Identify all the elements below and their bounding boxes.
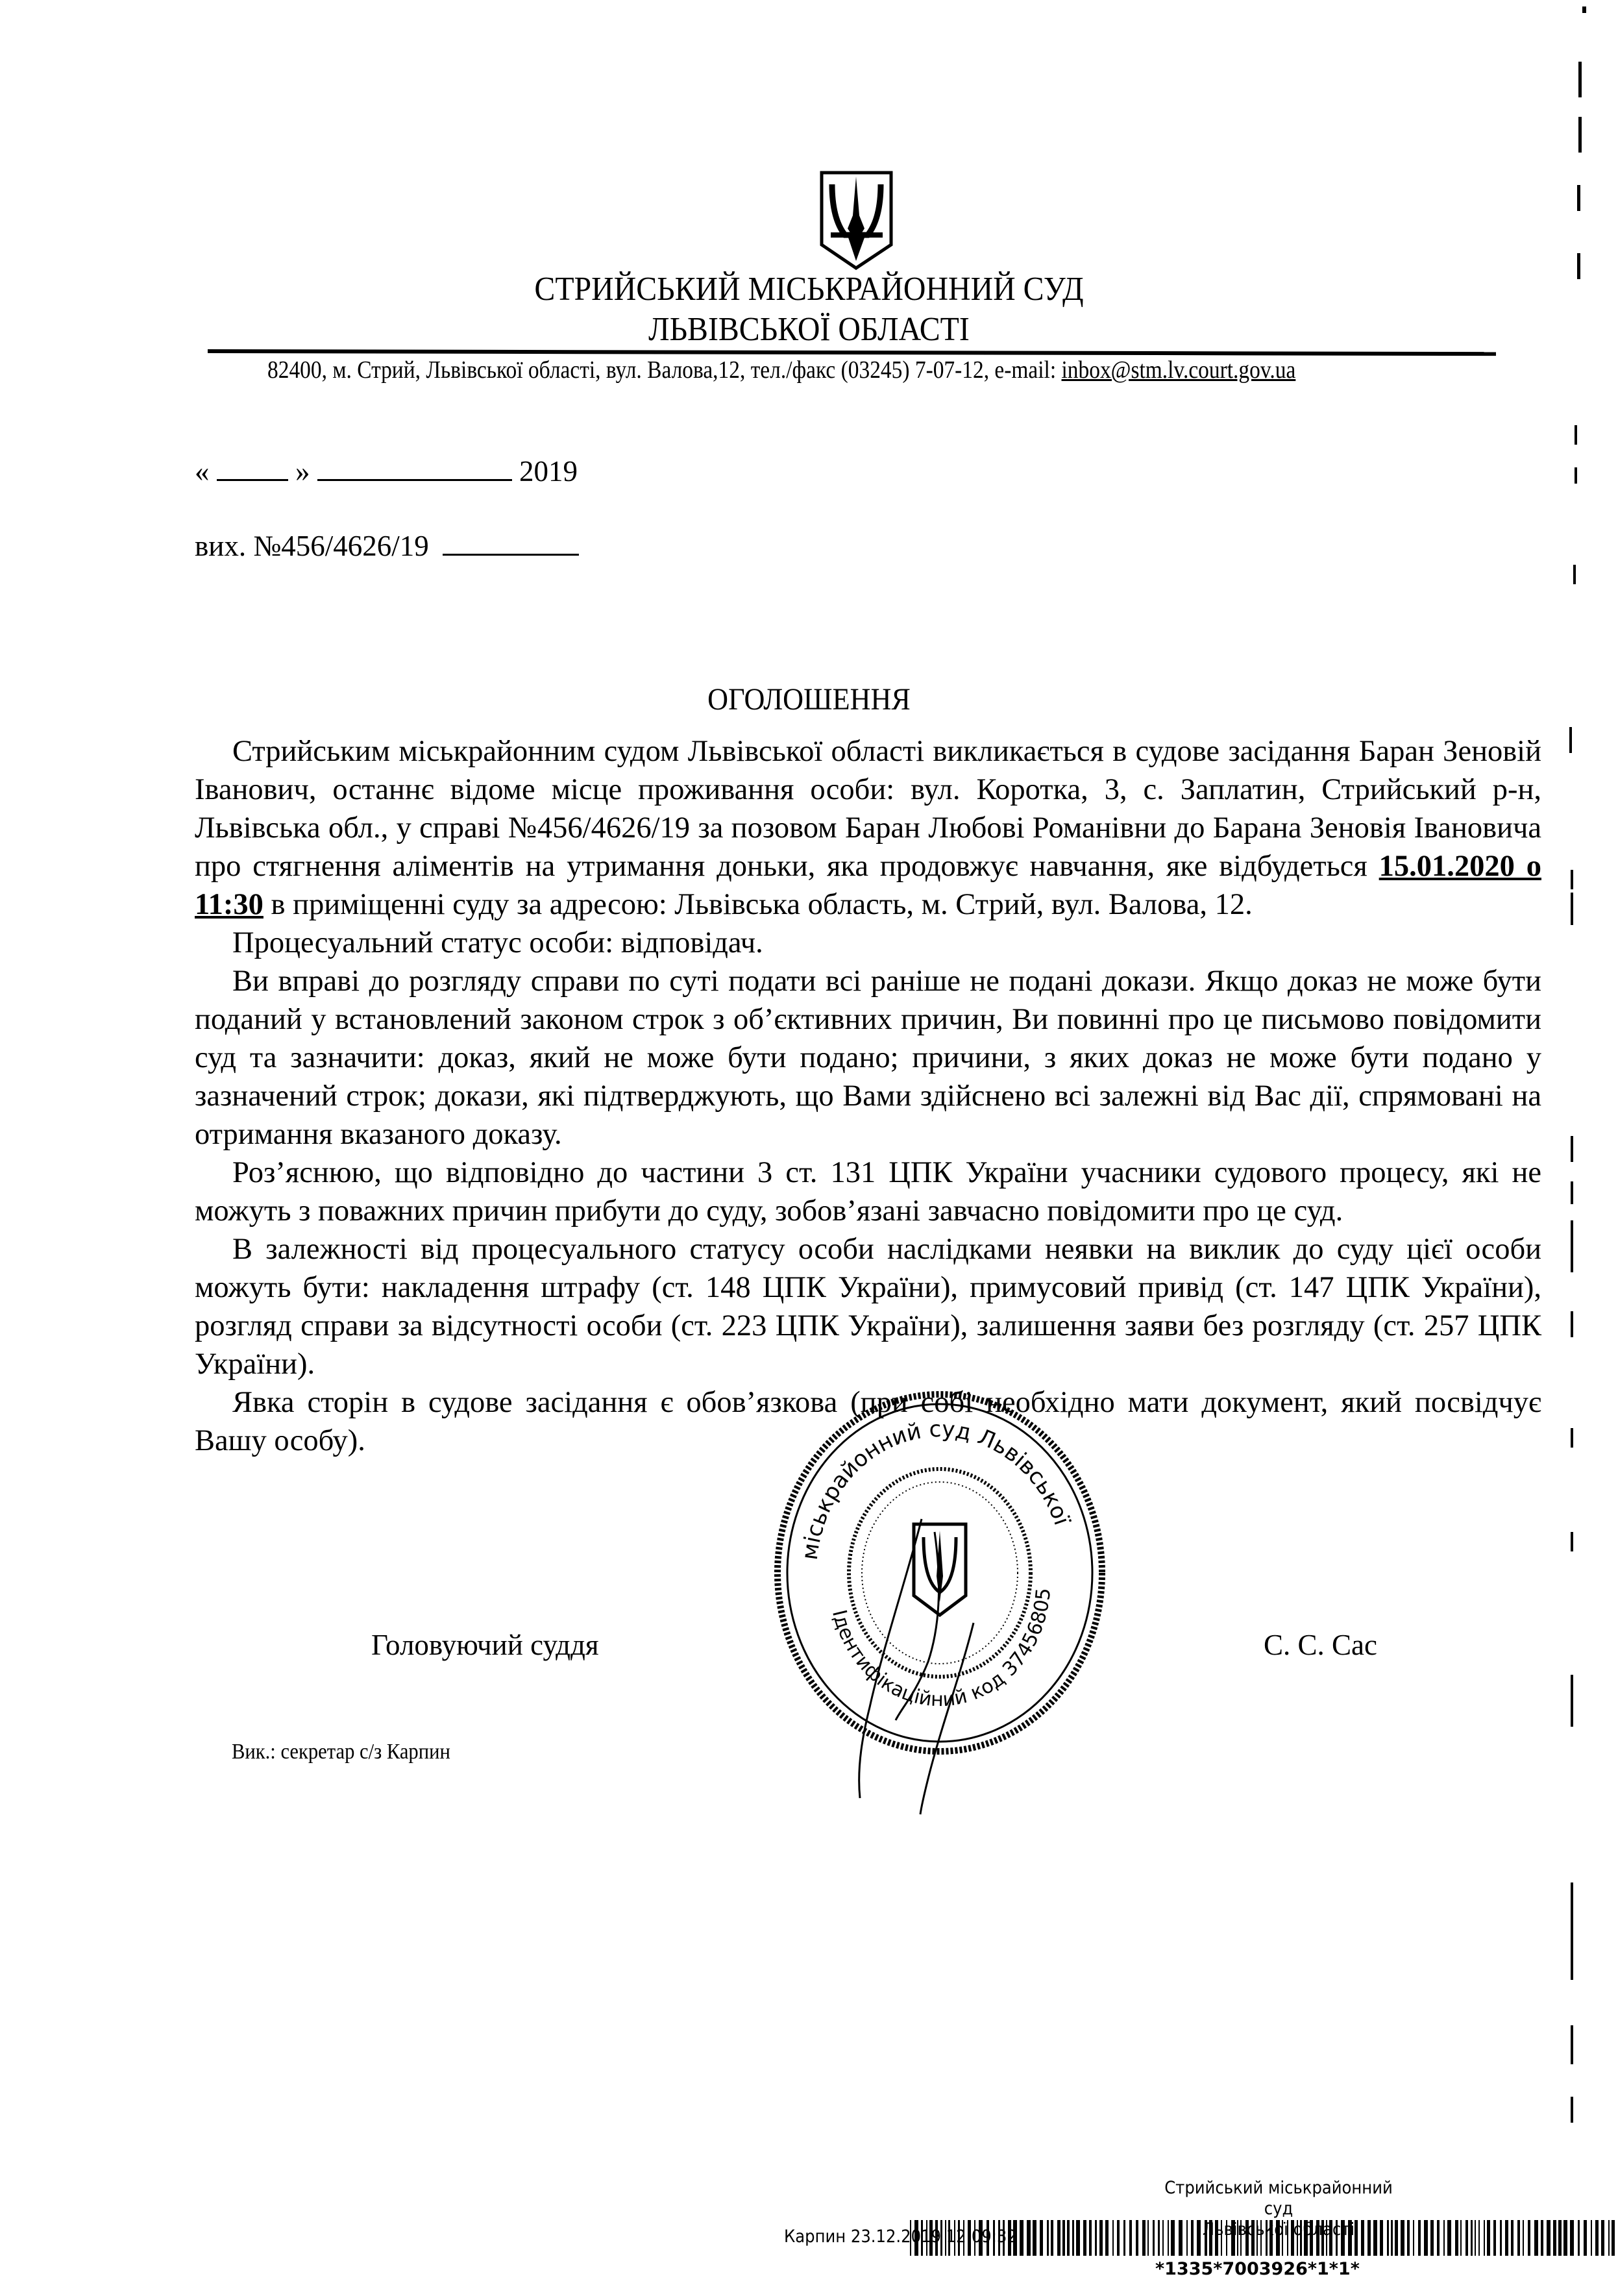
email-link[interactable]: inbox@stm.lv.court.gov.ua xyxy=(1062,356,1296,384)
court-name-line2: ЛЬВІВСЬКОЇ ОБЛАСТІ xyxy=(65,312,1554,348)
date-year: 2019 xyxy=(519,455,578,488)
trident-icon xyxy=(819,170,894,271)
outgoing-blank xyxy=(443,534,579,556)
paragraph-summons: Стрийським міськрайонним судом Львівсько… xyxy=(195,732,1541,924)
presiding-judge-label: Головуючий суддя xyxy=(371,1628,599,1662)
summons-text: Стрийським міськрайонним судом Львівсько… xyxy=(195,735,1541,883)
paragraph-status: Процесуальний статус особи: відповідач. xyxy=(195,924,1541,962)
document-body: Стрийським міськрайонним судом Львівсько… xyxy=(195,732,1541,1460)
close-quote: » xyxy=(295,455,310,488)
paragraph-consequences: В залежності від процесуального статусу … xyxy=(195,1230,1541,1383)
barcode-number: *1335*7003926*1*1* xyxy=(1155,2259,1360,2279)
open-quote: « xyxy=(195,455,210,488)
outgoing-number: вих. №456/4626/19 xyxy=(195,529,579,563)
outgoing-number-text: вих. №456/4626/19 xyxy=(195,530,429,562)
barcode-icon xyxy=(909,2220,1618,2256)
signature-icon xyxy=(844,1493,1025,1818)
court-name-line1: СТРИЙСЬКИЙ МІСЬКРАЙОННИЙ СУД xyxy=(65,271,1554,308)
day-blank xyxy=(217,460,288,481)
paragraph-evidence: Ви вправі до розгляду справи по суті под… xyxy=(195,962,1541,1154)
month-blank xyxy=(317,460,512,481)
court-address: 82400, м. Стрий, Львівської області, вул… xyxy=(267,356,1295,384)
date-line: « » 2019 xyxy=(195,454,578,488)
summons-address: в приміщенні суду за адресою: Львівська … xyxy=(264,888,1253,921)
paragraph-explanation: Роз’яснюю, що відповідно до частини 3 ст… xyxy=(195,1154,1541,1230)
executor-line: Вик.: секретар с/з Карпин xyxy=(232,1740,450,1764)
address-text: 82400, м. Стрий, Львівської області, вул… xyxy=(267,356,1062,384)
document-title: ОГОЛОШЕННЯ xyxy=(65,682,1554,717)
scan-edge-marks xyxy=(1569,0,1589,2296)
footer-court-line1: Стрийський міськрайонний суд xyxy=(1156,2178,1401,2219)
judge-name: С. С. Сас xyxy=(1264,1628,1377,1662)
header-divider xyxy=(208,349,1496,356)
